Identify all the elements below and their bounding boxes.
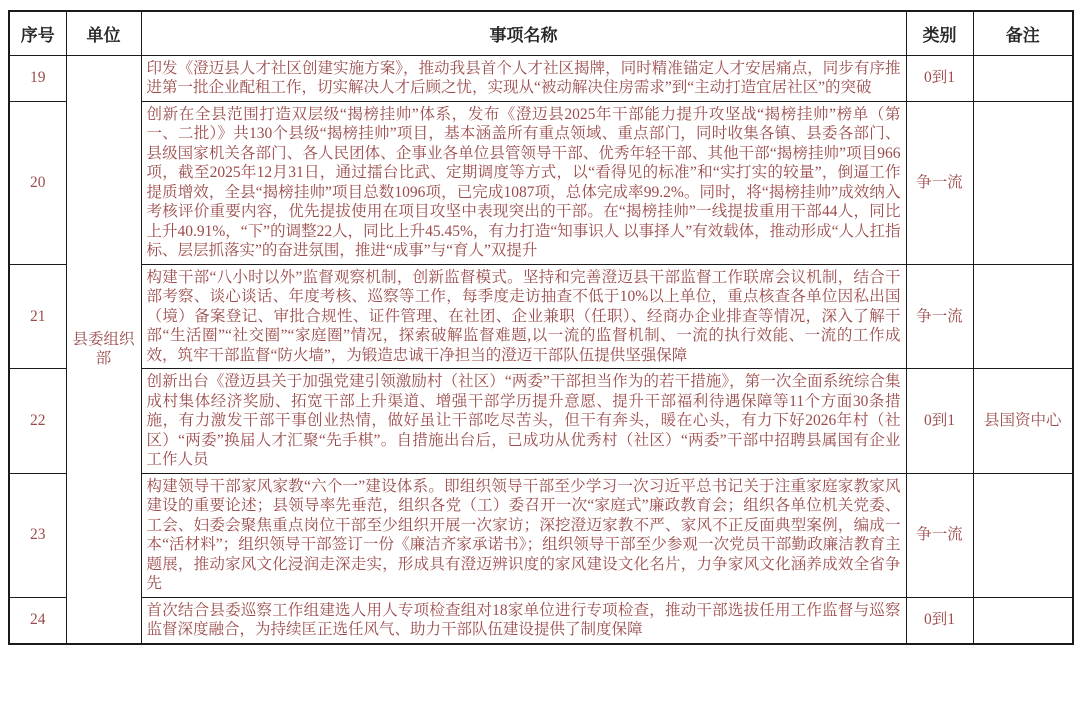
table-row: 23 构建领导干部家风家教“六个一”建设体系。即组织领导干部至少学习一次习近平总…	[9, 473, 1073, 597]
category-cell: 0到1	[906, 597, 973, 644]
category-cell: 争一流	[906, 101, 973, 264]
row-serial: 22	[9, 369, 66, 474]
unit-cell: 县委组织部	[66, 55, 141, 644]
item-text: 创新出台《澄迈县关于加强党建引领激励村（社区）“两委”干部担当作为的若干措施》，…	[141, 369, 906, 474]
table-row: 21 构建干部“八小时以外”监督观察机制，创新监督模式。坚持和完善澄迈县干部监督…	[9, 264, 1073, 369]
table-row: 19 县委组织部 印发《澄迈县人才社区创建实施方案》，推动我县首个人才社区揭牌，…	[9, 55, 1073, 101]
table-row: 24 首次结合县委巡察工作组建选人用人专项检查组对18家单位进行专项检查，推动干…	[9, 597, 1073, 644]
remark-cell	[973, 597, 1073, 644]
header-row: 序号 单位 事项名称 类别 备注	[9, 11, 1073, 55]
category-cell: 0到1	[906, 55, 973, 101]
col-header-remark: 备注	[973, 11, 1073, 55]
remark-cell	[973, 101, 1073, 264]
table-row: 22 创新出台《澄迈县关于加强党建引领激励村（社区）“两委”干部担当作为的若干措…	[9, 369, 1073, 474]
items-table: 序号 单位 事项名称 类别 备注 19 县委组织部 印发《澄迈县人才社区创建实施…	[8, 10, 1074, 645]
row-serial: 19	[9, 55, 66, 101]
col-header-unit: 单位	[66, 11, 141, 55]
item-text: 构建领导干部家风家教“六个一”建设体系。即组织领导干部至少学习一次习近平总书记关…	[141, 473, 906, 597]
item-text: 印发《澄迈县人才社区创建实施方案》，推动我县首个人才社区揭牌，同时精准锚定人才安…	[141, 55, 906, 101]
col-header-serial: 序号	[9, 11, 66, 55]
item-text: 创新在全县范围打造双层级“揭榜挂帅”体系，发布《澄迈县2025年干部能力提升攻坚…	[141, 101, 906, 264]
item-text: 构建干部“八小时以外”监督观察机制，创新监督模式。坚持和完善澄迈县干部监督工作联…	[141, 264, 906, 369]
category-cell: 争一流	[906, 473, 973, 597]
remark-cell	[973, 55, 1073, 101]
row-serial: 23	[9, 473, 66, 597]
row-serial: 24	[9, 597, 66, 644]
category-cell: 0到1	[906, 369, 973, 474]
col-header-category: 类别	[906, 11, 973, 55]
remark-cell: 县国资中心	[973, 369, 1073, 474]
document-page: 序号 单位 事项名称 类别 备注 19 县委组织部 印发《澄迈县人才社区创建实施…	[0, 0, 1080, 721]
category-cell: 争一流	[906, 264, 973, 369]
row-serial: 21	[9, 264, 66, 369]
item-text: 首次结合县委巡察工作组建选人用人专项检查组对18家单位进行专项检查，推动干部选拔…	[141, 597, 906, 644]
remark-cell	[973, 264, 1073, 369]
remark-cell	[973, 473, 1073, 597]
col-header-item: 事项名称	[141, 11, 906, 55]
table-row: 20 创新在全县范围打造双层级“揭榜挂帅”体系，发布《澄迈县2025年干部能力提…	[9, 101, 1073, 264]
row-serial: 20	[9, 101, 66, 264]
